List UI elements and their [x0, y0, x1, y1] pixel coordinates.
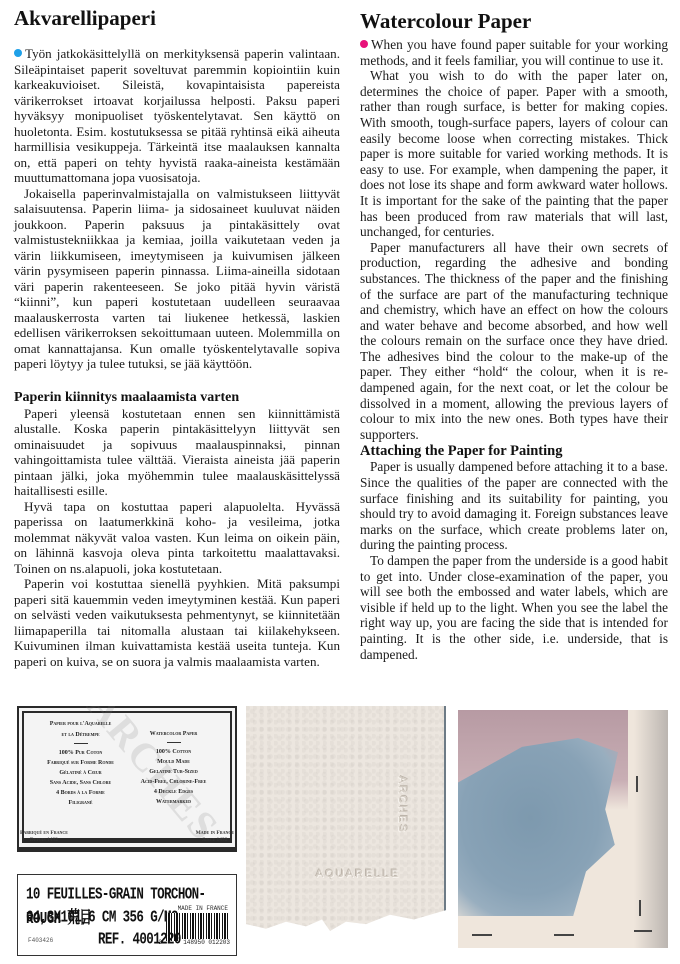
finnish-paragraph: Paperin voi kostuttaa sienellä pyyhkien.…	[14, 576, 340, 669]
english-column: Watercolour Paper When you have found pa…	[360, 0, 668, 662]
english-paragraph: To dampen the paper from the underside i…	[360, 553, 668, 662]
english-paragraph: Paper is usually dampened before attachi…	[360, 459, 668, 553]
english-intro-paragraph: When you have found paper suitable for y…	[360, 37, 668, 68]
finnish-subheading: Paperin kiinnitys maalaamista varten	[14, 390, 340, 406]
finnish-paragraph: Paperi yleensä kostutetaan ennen sen kii…	[14, 406, 340, 499]
emboss-text: AQUARELLE	[316, 868, 400, 880]
divider	[167, 742, 181, 743]
stapled-paper	[458, 710, 668, 948]
label-english-column: Watercolor Paper 100% Cotton Mould Made …	[127, 719, 220, 808]
staple-icon	[636, 776, 638, 792]
finnish-title: Akvarellipaperi	[14, 6, 340, 30]
finnish-column: Akvarellipaperi Työn jatkokäsittelyllä o…	[14, 0, 340, 669]
divider	[74, 743, 88, 744]
english-paragraph: Paper manufacturers all have their own s…	[360, 240, 668, 443]
watercolour-wash-photo	[458, 706, 676, 956]
label-origin: Fabriqué en FranceDepuis 1492 Made in Fr…	[20, 830, 234, 844]
blue-bullet-icon	[14, 49, 22, 57]
english-subheading: Attaching the Paper for Painting	[360, 443, 668, 459]
paper-sheet: AQUARELLE ARCHES	[246, 706, 446, 938]
emboss-arc-text: ARCHES	[396, 776, 408, 834]
staple-icon	[554, 934, 574, 936]
staple-icon	[639, 900, 641, 916]
finnish-intro-paragraph: Työn jatkokäsittelyllä on merkityksensä …	[14, 46, 340, 186]
magenta-bullet-icon	[360, 40, 368, 48]
size-weight-spec: 64,8X101,6 CM 356 G/M2	[26, 908, 178, 927]
finnish-paragraph: Jokaisella paperinvalmistajalla on valmi…	[14, 186, 340, 372]
label-spec-box: 10 FEUILLES-GRAIN TORCHON-ROUGH 荒目 64,8X…	[17, 874, 237, 956]
label-french-column: Papier pour l'Aquarelle et la Détrempe 1…	[34, 719, 127, 808]
english-paragraph: What you wish to do with the paper later…	[360, 68, 668, 240]
staple-icon	[472, 934, 492, 936]
finnish-paragraph: Hyvä tapa on kostuttaa paperi alapuolelt…	[14, 499, 340, 577]
english-title: Watercolour Paper	[360, 9, 668, 33]
embossed-paper-photo: AQUARELLE ARCHES	[246, 706, 450, 956]
paper-label-photo: ARCHES Papier pour l'Aquarelle et la Dét…	[14, 706, 240, 956]
reference-number: REF. 4001220	[98, 930, 181, 949]
staple-icon	[634, 930, 652, 932]
